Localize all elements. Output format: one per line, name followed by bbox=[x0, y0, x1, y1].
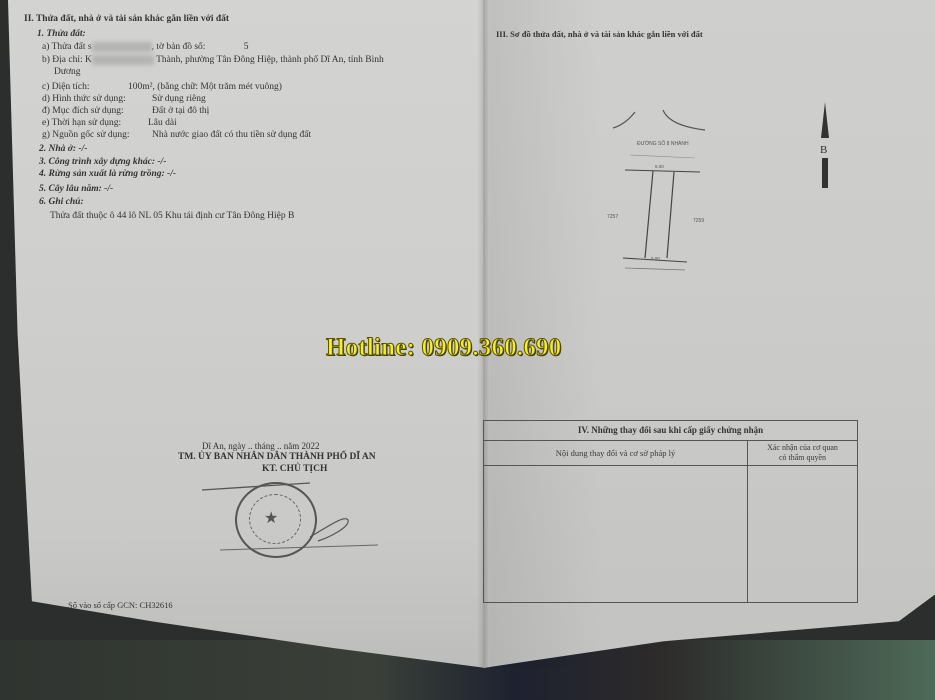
svg-text:7257: 7257 bbox=[607, 214, 618, 220]
usage-origin-label: g) Nguồn gốc sử dụng: bbox=[42, 130, 129, 140]
redacted-parcel-number bbox=[92, 42, 152, 52]
section-4-title: IV. Những thay đổi sau khi cấp giấy chứn… bbox=[484, 421, 857, 441]
item-3-other-construction: 3. Công trình xây dựng khác: -/- bbox=[39, 157, 166, 167]
col-change-content: Nội dung thay đổi và cơ sở pháp lý bbox=[484, 441, 748, 465]
col-authority-line2: có thẩm quyền bbox=[748, 453, 857, 463]
usage-term-value: Lâu dài bbox=[148, 118, 177, 128]
usage-form-value: Sử dụng riêng bbox=[152, 94, 206, 104]
redacted-address bbox=[92, 55, 154, 65]
usage-term-label: e) Thời hạn sử dụng: bbox=[42, 118, 121, 128]
changes-table: IV. Những thay đổi sau khi cấp giấy chứn… bbox=[483, 420, 858, 603]
svg-text:7259: 7259 bbox=[693, 218, 704, 224]
registry-number: Số vào sổ cấp GCN: CH32616 bbox=[68, 600, 173, 610]
section-3-title: III. Sơ đồ thửa đất, nhà ở và tài sản kh… bbox=[496, 29, 703, 39]
change-content-cell bbox=[484, 466, 748, 603]
area-label: c) Diện tích: bbox=[42, 82, 89, 92]
section-2-title: II. Thửa đất, nhà ở và tài sản khác gắn … bbox=[24, 14, 229, 24]
parcel-line: a) Thửa đất s, tờ bản đồ số: 5 bbox=[42, 42, 249, 52]
parcel-diagram: ĐƯỜNG SỐ 8 NHÁNH 7257 7259 5.00 5.00 bbox=[595, 100, 735, 275]
item-6-notes: 6. Ghi chú: bbox=[39, 197, 84, 207]
area-value: 100m², (bằng chữ: Một trăm mét vuông) bbox=[128, 82, 282, 92]
signer-position: KT. CHỦ TỊCH bbox=[262, 464, 327, 474]
seal-star-icon: ★ bbox=[264, 508, 278, 528]
issue-date: Dĩ An, ngày .. tháng .. năm 2022 bbox=[202, 441, 320, 451]
col-authority-confirmation: Xác nhận của cơ quan có thẩm quyền bbox=[748, 441, 857, 465]
svg-text:5.00: 5.00 bbox=[651, 256, 660, 261]
item-1-title: 1. Thửa đất: bbox=[37, 29, 86, 39]
changes-table-body bbox=[484, 466, 857, 603]
svg-text:ĐƯỜNG SỐ 8 NHÁNH: ĐƯỜNG SỐ 8 NHÁNH bbox=[637, 140, 689, 147]
authority-confirmation-cell bbox=[748, 466, 857, 603]
issuing-authority: TM. ỦY BAN NHÂN DÂN THÀNH PHỐ DĨ AN bbox=[178, 452, 376, 462]
usage-origin-value: Nhà nước giao đất có thu tiền sử dụng đấ… bbox=[152, 130, 311, 140]
address-line: b) Địa chỉ: K Thành, phường Tân Đông Hiệ… bbox=[42, 55, 384, 65]
address-value-cont: Dương bbox=[54, 67, 81, 77]
item-5-perennial-trees: 5. Cây lâu năm: -/- bbox=[39, 184, 113, 194]
address-label: b) Địa chỉ: K bbox=[42, 55, 92, 65]
col-authority-line1: Xác nhận của cơ quan bbox=[748, 443, 857, 453]
map-sheet-value: 5 bbox=[244, 42, 249, 52]
changes-table-header: Nội dung thay đổi và cơ sở pháp lý Xác n… bbox=[484, 441, 857, 466]
address-value: Thành, phường Tân Đông Hiệp, thành phố D… bbox=[156, 55, 384, 65]
item-2-house: 2. Nhà ở: -/- bbox=[39, 144, 87, 154]
svg-text:B: B bbox=[820, 144, 827, 156]
parcel-label: a) Thửa đất s bbox=[42, 42, 92, 52]
item-4-forest: 4. Rừng sản xuất là rừng trồng: -/- bbox=[39, 169, 176, 179]
hotline-overlay: Hotline: 0909.360.690 bbox=[326, 334, 561, 362]
usage-form-label: d) Hình thức sử dụng: bbox=[42, 94, 126, 104]
map-sheet-label: , tờ bản đồ số: bbox=[152, 42, 206, 52]
usage-purpose-value: Đất ở tại đô thị bbox=[152, 106, 209, 116]
north-arrow-icon: B bbox=[815, 100, 835, 195]
usage-purpose-label: đ) Mục đích sử dụng: bbox=[42, 106, 124, 116]
notes-text: Thửa đất thuộc ô 44 lô NL 05 Khu tái địn… bbox=[50, 211, 294, 221]
svg-text:5.00: 5.00 bbox=[655, 164, 664, 169]
signer-name-faded bbox=[285, 567, 287, 576]
